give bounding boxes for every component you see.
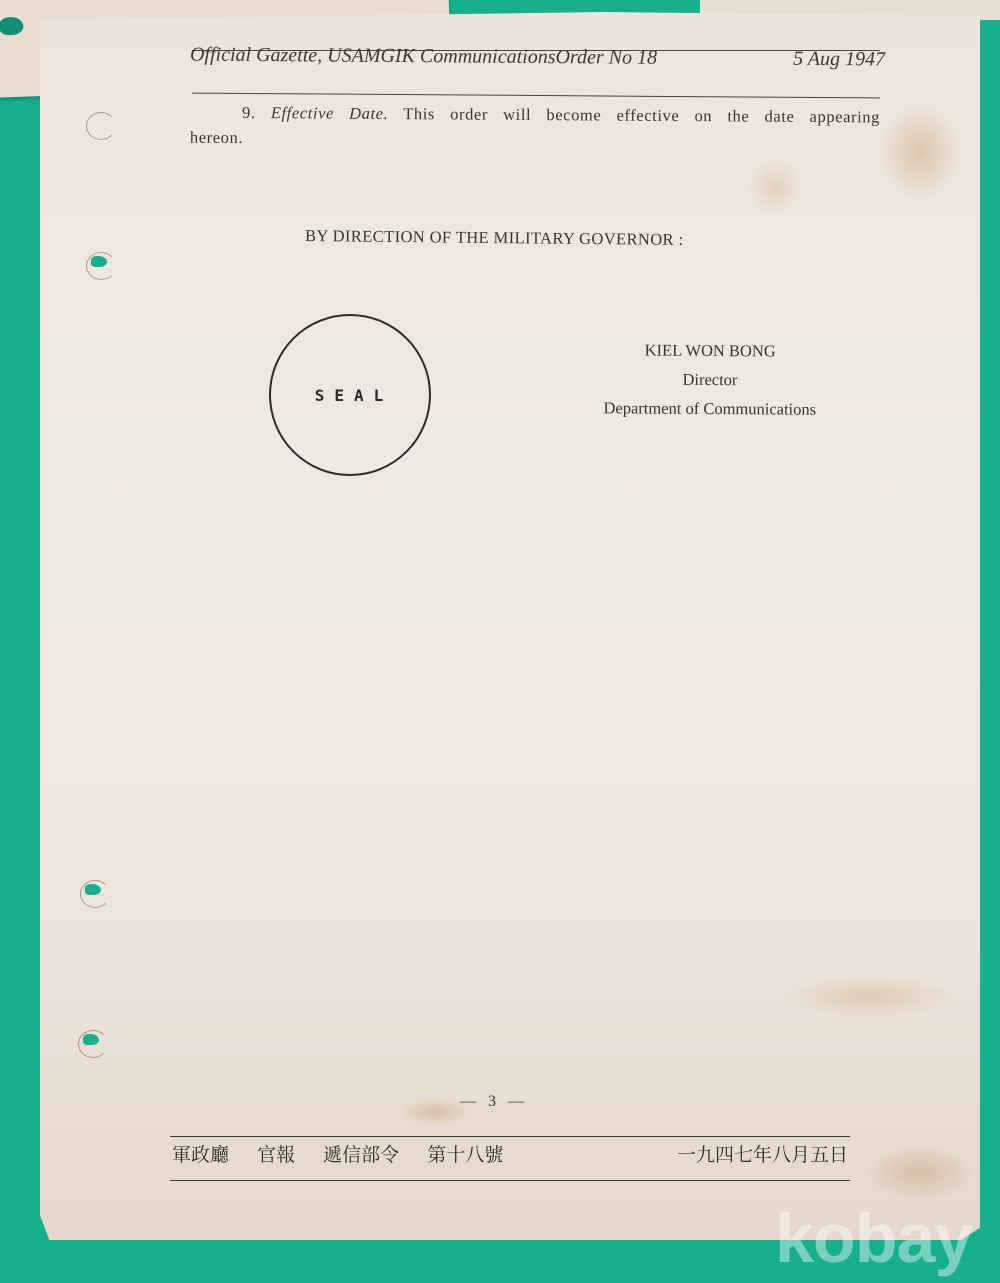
watermark-logo: kobay xyxy=(775,1198,972,1278)
punch-hole-torn xyxy=(78,1030,108,1058)
effective-date-paragraph: 9. Effective Date. This order will becom… xyxy=(190,100,880,155)
signer-department: Department of Communications xyxy=(560,393,860,424)
punch-hole-torn xyxy=(86,252,116,280)
header-date: 5 Aug 1947 xyxy=(793,48,885,72)
paragraph-number: 9. xyxy=(242,103,256,122)
footer-item: 第十八號 xyxy=(427,1144,503,1166)
page-number: — 3 — xyxy=(460,1093,528,1111)
footer-top-rule xyxy=(170,1136,850,1137)
footer-item: 官報 xyxy=(257,1144,295,1166)
punch-hole xyxy=(0,17,24,36)
seal-stamp: SEAL xyxy=(269,314,431,476)
signer-title: Director xyxy=(560,364,860,395)
footer: 軍政廳 官報 遞信部令 第十八號 一九四七年八月五日 xyxy=(172,1140,848,1167)
document-page: Official Gazette, USAMGIK Communications… xyxy=(40,12,980,1240)
seal-label: SEAL xyxy=(315,386,394,405)
footer-bottom-rule xyxy=(170,1180,850,1181)
signature-block: KIEL WON BONG Director Department of Com… xyxy=(560,335,861,424)
footer-left: 軍政廳 官報 遞信部令 第十八號 xyxy=(172,1140,525,1167)
signer-name: KIEL WON BONG xyxy=(560,335,860,366)
paragraph-heading: Effective Date. xyxy=(271,103,389,123)
footer-item: 遞信部令 xyxy=(323,1144,399,1166)
direction-line: BY DIRECTION OF THE MILITARY GOVERNOR : xyxy=(305,226,684,250)
running-header: Official Gazette, USAMGIK Communications… xyxy=(190,44,885,72)
publication-title: Official Gazette, USAMGIK Communications… xyxy=(190,44,657,70)
punch-hole-torn xyxy=(80,880,110,908)
footer-date: 一九四七年八月五日 xyxy=(677,1140,848,1167)
footer-item: 軍政廳 xyxy=(172,1144,229,1166)
header-bottom-rule xyxy=(192,93,880,99)
punch-hole-mark xyxy=(86,112,116,140)
